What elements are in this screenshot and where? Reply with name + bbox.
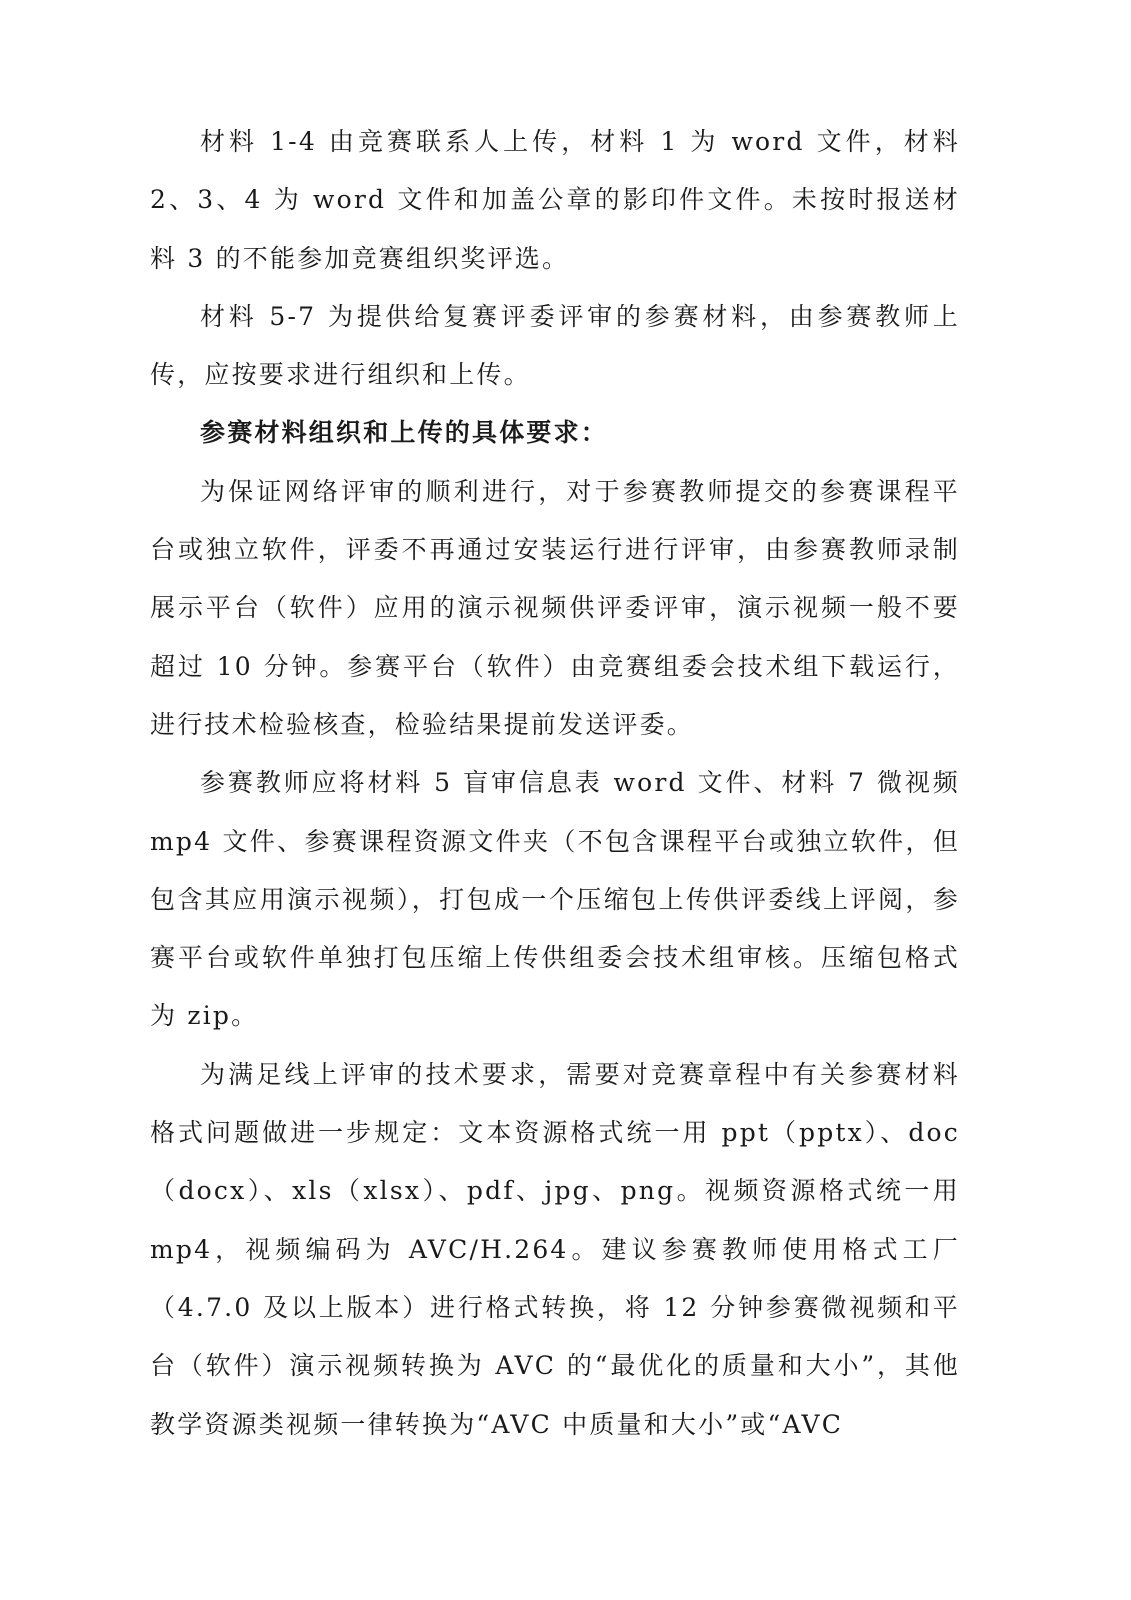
paragraph-packaging: 参赛教师应将材料 5 盲审信息表 word 文件、材料 7 微视频 mp4 文件… xyxy=(150,754,960,1045)
document-page: 材料 1-4 由竞赛联系人上传，材料 1 为 word 文件，材料 2、3、4 … xyxy=(150,113,960,1454)
paragraph-online-review: 为保证网络评审的顺利进行，对于参赛教师提交的参赛课程平台或独立软件，评委不再通过… xyxy=(150,463,960,754)
paragraph-materials-1-4: 材料 1-4 由竞赛联系人上传，材料 1 为 word 文件，材料 2、3、4 … xyxy=(150,113,960,288)
section-heading-upload-requirements: 参赛材料组织和上传的具体要求： xyxy=(150,404,960,462)
paragraph-format-requirements: 为满足线上评审的技术要求，需要对竞赛章程中有关参赛材料格式问题做进一步规定：文本… xyxy=(150,1046,960,1454)
paragraph-materials-5-7: 材料 5-7 为提供给复赛评委评审的参赛材料，由参赛教师上传，应按要求进行组织和… xyxy=(150,288,960,405)
